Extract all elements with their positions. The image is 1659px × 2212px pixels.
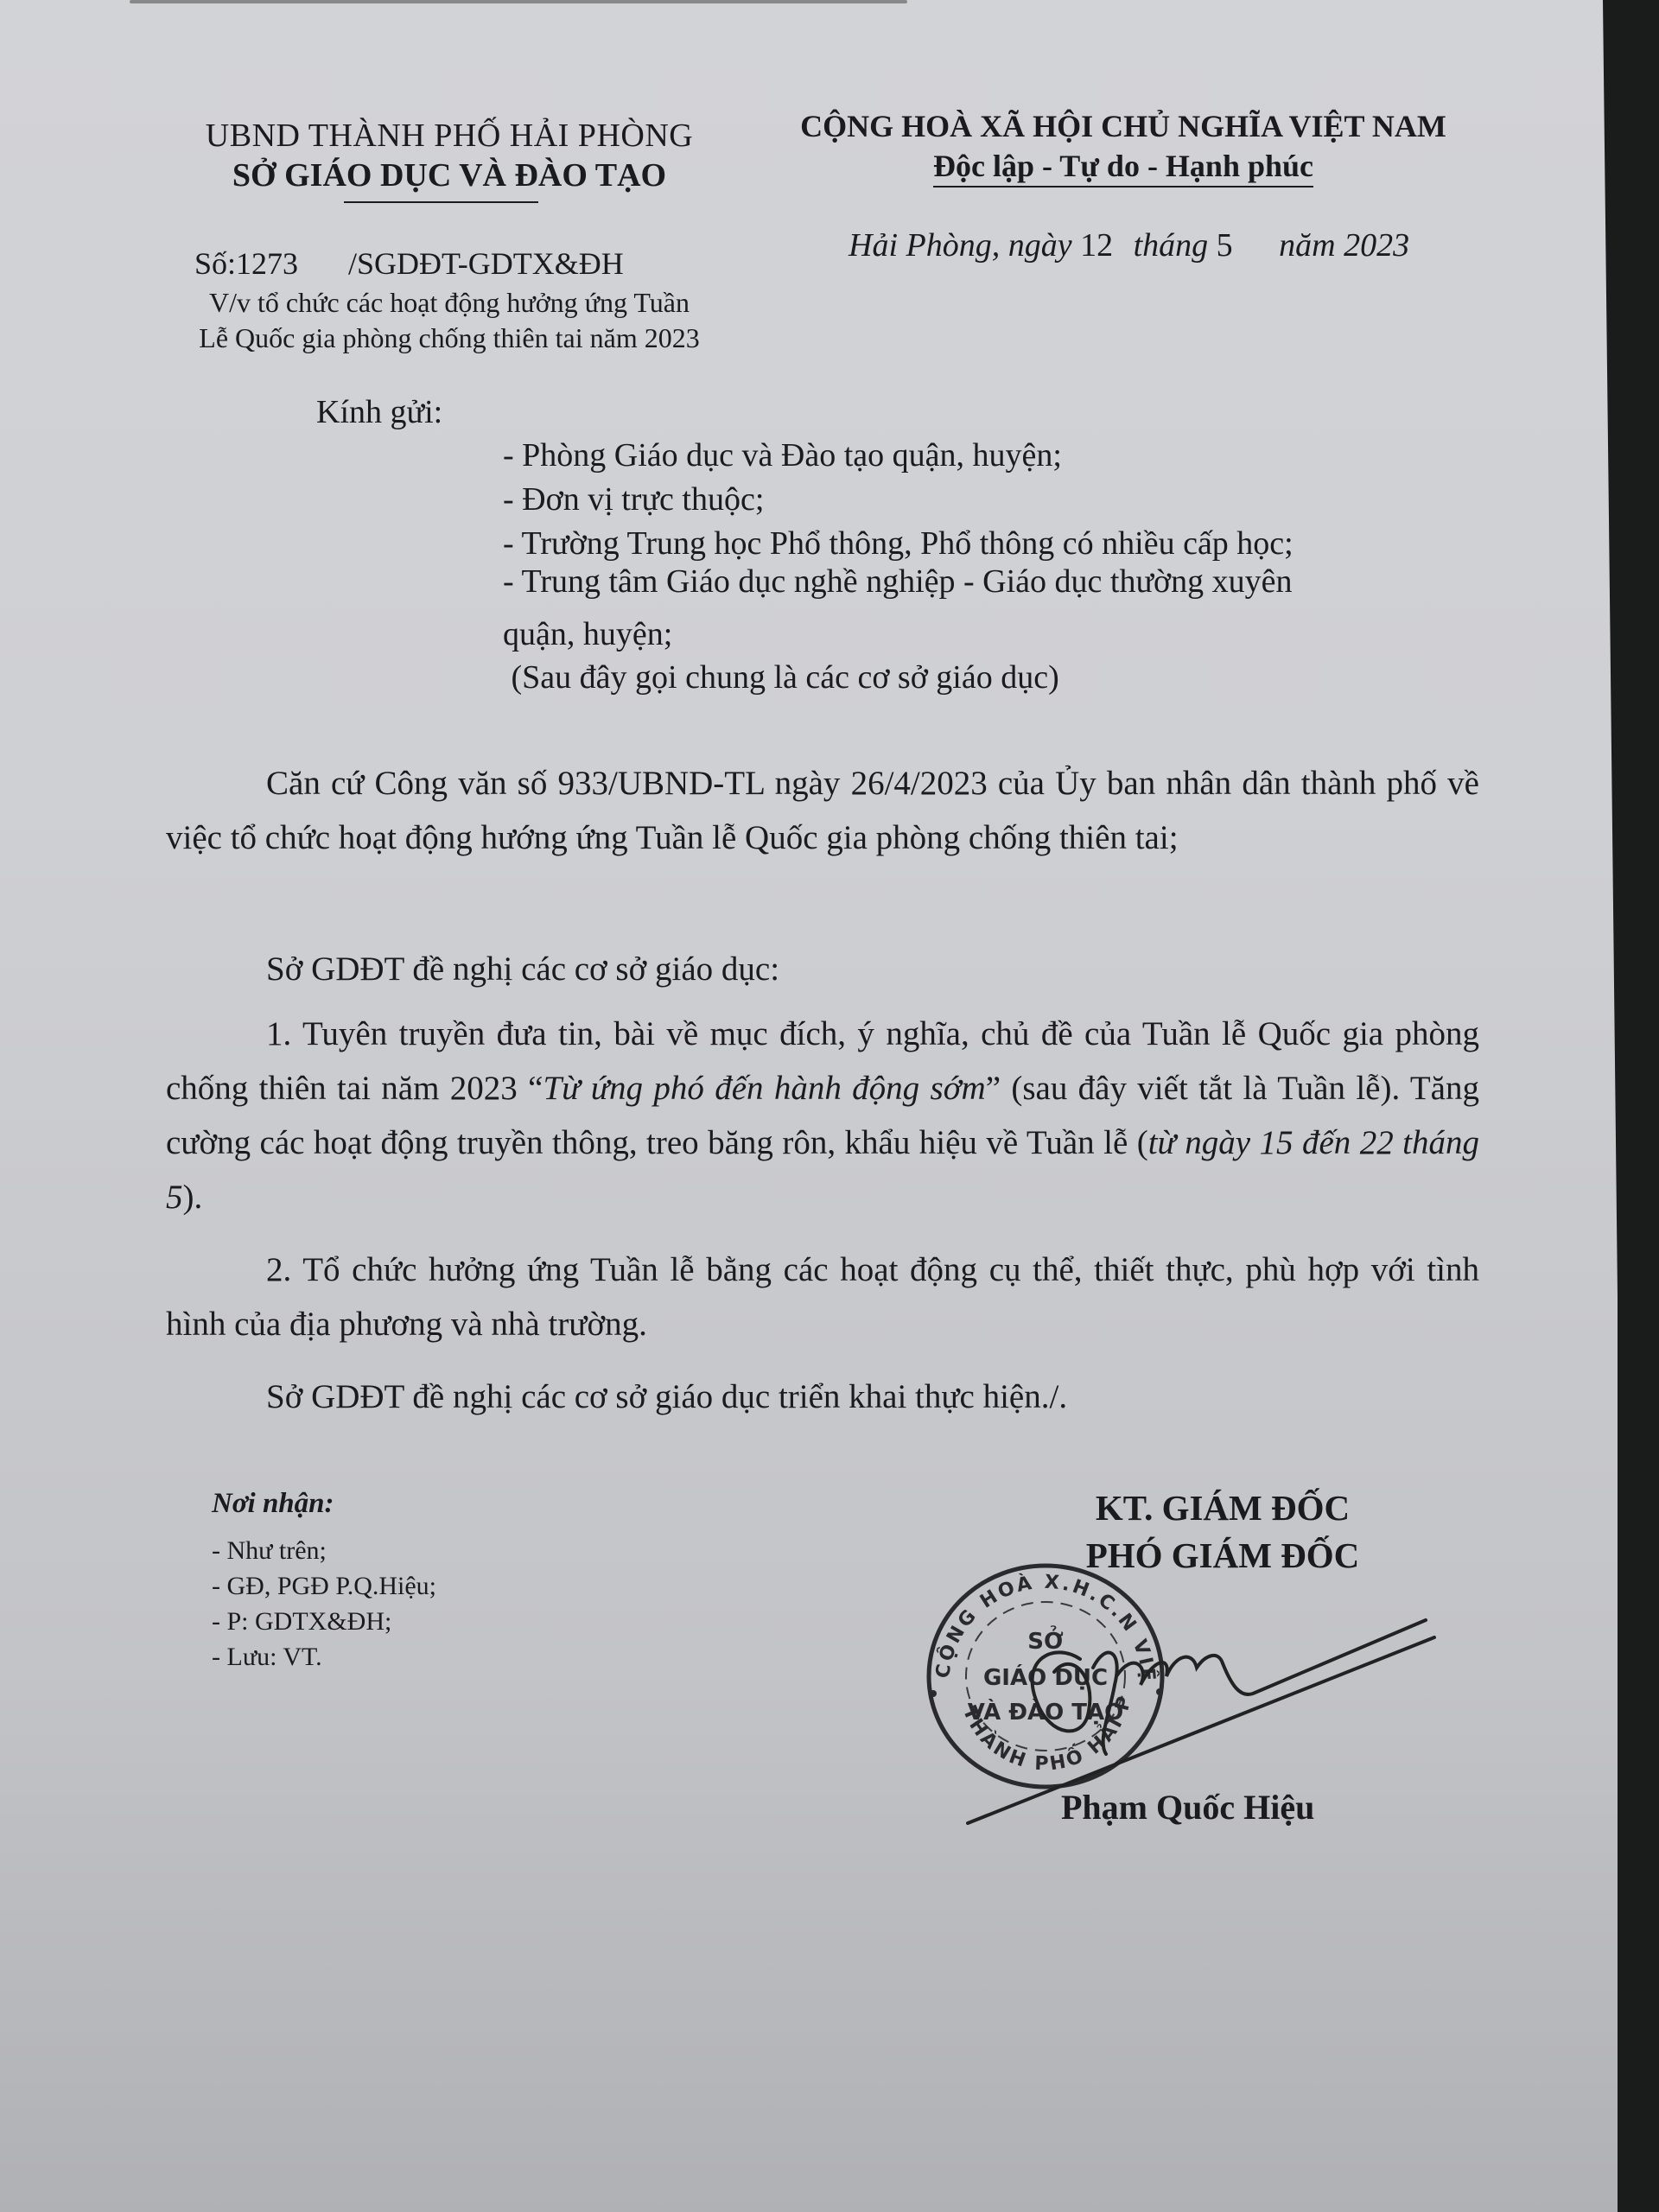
- request-intro-text: Sở GDĐT đề nghị các cơ sở giáo dục:: [266, 950, 779, 988]
- paragraph-item-1: 1. Tuyên truyền đưa tin, bài về mục đích…: [166, 1007, 1479, 1224]
- paragraph-basis: Căn cứ Công văn số 933/UBND-TL ngày 26/4…: [166, 756, 1479, 865]
- recipient-item: - Trung tâm Giáo dục nghề nghiệp - Giáo …: [503, 563, 1293, 601]
- issuer-department: SỞ GIÁO DỤC VÀ ĐÀO TẠO: [130, 156, 769, 194]
- closing-text: Sở GDĐT đề nghị các cơ sở giáo dục triển…: [266, 1378, 1067, 1415]
- recipient-note: (Sau đây gọi chung là các cơ sở giáo dục…: [503, 658, 1059, 696]
- paragraph-closing: Sở GDĐT đề nghị các cơ sở giáo dục triển…: [166, 1370, 1479, 1424]
- recipient-item: - Đơn vị trực thuộc;: [503, 480, 764, 518]
- distribution-item: - Như trên;: [212, 1536, 327, 1566]
- country-name: CỘNG HOÀ XÃ HỘI CHỦ NGHĨA VIỆT NAM: [760, 108, 1486, 144]
- document-subject: V/v tổ chức các hoạt động hưởng ứng Tuần…: [130, 285, 769, 356]
- item1-text-c: ).: [183, 1179, 203, 1216]
- recipient-item: - Phòng Giáo dục và Đào tạo quận, huyện;: [503, 436, 1062, 474]
- subject-line-1: V/v tổ chức các hoạt động hưởng ứng Tuần: [130, 285, 769, 321]
- subject-line-2: Lễ Quốc gia phòng chống thiên tai năm 20…: [130, 321, 769, 356]
- issuer-underline: [344, 201, 538, 203]
- item1-theme: Từ ứng phó đến hành động sớm: [543, 1070, 985, 1107]
- page-shadow: [130, 0, 907, 3]
- doc-number-label: Số:: [194, 246, 236, 281]
- distribution-item: - GĐ, PGĐ P.Q.Hiệu;: [212, 1572, 436, 1601]
- paragraph-item-2: 2. Tổ chức hưởng ứng Tuần lễ bằng các ho…: [166, 1243, 1479, 1351]
- distribution-title: Nơi nhận:: [212, 1488, 334, 1520]
- signature-title-line-1: KT. GIÁM ĐỐC: [1024, 1484, 1421, 1532]
- issuer-header: UBND THÀNH PHỐ HẢI PHÒNG SỞ GIÁO DỤC VÀ …: [130, 117, 769, 203]
- national-header: CỘNG HOÀ XÃ HỘI CHỦ NGHĨA VIỆT NAM Độc l…: [760, 108, 1486, 188]
- date-line: Hải Phòng, ngày 12 tháng 5 năm 2023: [849, 226, 1409, 264]
- doc-code: /SGDĐT-GDTX&ĐH: [348, 246, 624, 281]
- document-page: UBND THÀNH PHỐ HẢI PHÒNG SỞ GIÁO DỤC VÀ …: [0, 0, 1618, 2212]
- recipient-item: quận, huyện;: [503, 615, 672, 653]
- date-place: Hải Phòng, ngày: [849, 227, 1072, 264]
- paragraph-request-intro: Sở GDĐT đề nghị các cơ sở giáo dục:: [166, 942, 1479, 996]
- signer-name: Phạm Quốc Hiệu: [1061, 1787, 1314, 1827]
- date-month-label: tháng: [1134, 227, 1209, 264]
- salutation: Kính gửi:: [316, 393, 442, 431]
- date-day: 12: [1080, 227, 1113, 264]
- date-month: 5: [1217, 227, 1233, 264]
- doc-number-value: 1273: [236, 246, 298, 281]
- document-number: Số:1273/SGDĐT-GDTX&ĐH: [194, 245, 624, 282]
- distribution-item: - Lưu: VT.: [212, 1643, 322, 1672]
- distribution-item: - P: GDTX&ĐH;: [212, 1607, 391, 1637]
- item2-text: 2. Tổ chức hưởng ứng Tuần lễ bằng các ho…: [166, 1251, 1479, 1343]
- national-motto: Độc lập - Tự do - Hạnh phúc: [933, 148, 1313, 188]
- basis-text: Căn cứ Công văn số 933/UBND-TL ngày 26/4…: [166, 765, 1479, 856]
- date-year: năm 2023: [1279, 227, 1409, 264]
- recipient-item: - Trường Trung học Phổ thông, Phổ thông …: [503, 524, 1294, 563]
- issuer-authority: UBND THÀNH PHỐ HẢI PHÒNG: [130, 117, 769, 155]
